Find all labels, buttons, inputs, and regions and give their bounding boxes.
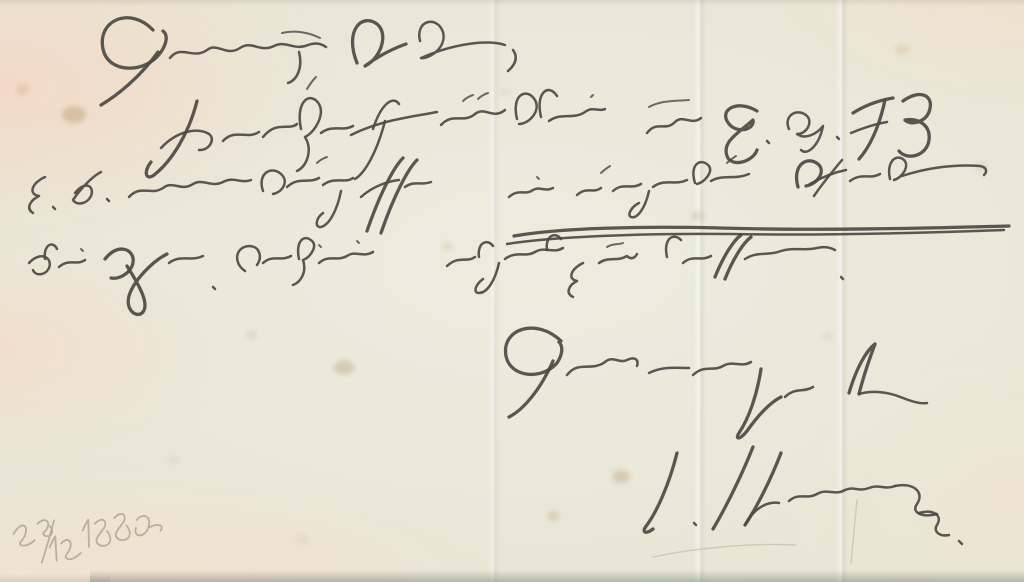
line-closing xyxy=(506,328,927,438)
handwriting-layer xyxy=(0,0,1024,582)
line-salutation xyxy=(101,18,516,105)
line-body-2 xyxy=(29,156,986,233)
line-body-1 xyxy=(146,77,930,179)
date-annotation xyxy=(12,504,164,566)
line-body-3 xyxy=(29,235,843,314)
line-signature xyxy=(644,447,962,544)
emphasis-underline xyxy=(507,226,1009,244)
letter-scan: Geehrter Herr, Ich ersuche freundlichst … xyxy=(0,0,1024,582)
